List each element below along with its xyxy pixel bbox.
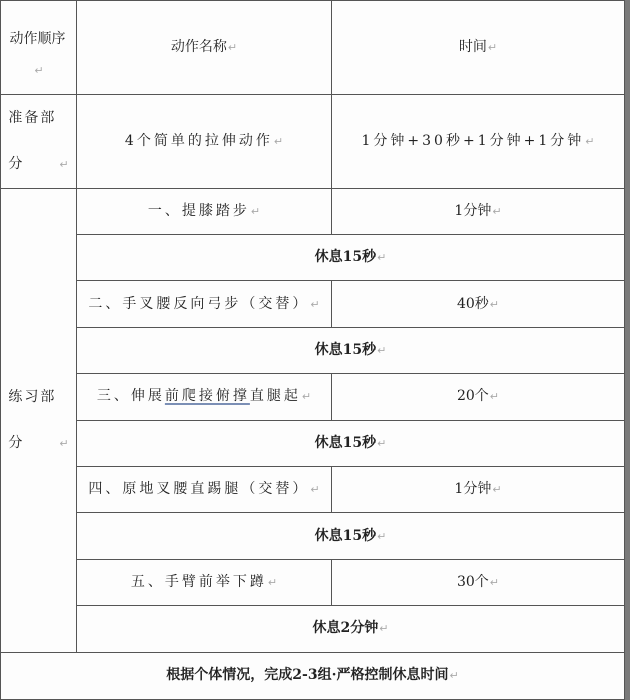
paragraph-mark-icon: ↵ (310, 298, 319, 311)
rest-label: 休息2分钟 (313, 620, 379, 636)
table-row: 四、原地叉腰直踢腿（交替）↵ 1分钟↵ (1, 466, 625, 512)
paragraph-mark-icon: ↵ (34, 64, 43, 77)
exercise-time: 20个 (457, 388, 489, 404)
rest-cell: 休息15秒↵ (77, 420, 625, 466)
exercise-time-cell: 1分钟↵ (332, 466, 625, 512)
section-label-practice: 练习部分 (8, 374, 58, 466)
rest-label: 休息15秒 (315, 435, 376, 451)
table-row: 五、手臂前举下蹲↵ 30个↵ (1, 559, 625, 605)
document-page: 动作顺序↵ 动作名称↵ 时间↵ 准备部分↵ 4个简单的拉伸动作↵ 1分钟+30秒… (0, 0, 630, 700)
paragraph-mark-icon: ↵ (377, 437, 386, 450)
window-edge (625, 0, 630, 700)
workout-plan-table: 动作顺序↵ 动作名称↵ 时间↵ 准备部分↵ 4个简单的拉伸动作↵ 1分钟+30秒… (0, 0, 625, 700)
rest-row: 休息15秒↵ (1, 513, 625, 559)
paragraph-mark-icon: ↵ (490, 576, 499, 589)
exercise-time-cell: 1分钟+30秒+1分钟+1分钟↵ (332, 94, 625, 188)
paragraph-mark-icon: ↵ (490, 298, 499, 311)
exercise-name-prefix: 三、伸展 (97, 388, 165, 404)
exercise-name-cell: 四、原地叉腰直踢腿（交替）↵ (77, 466, 332, 512)
exercise-name-cell: 五、手臂前举下蹲↵ (77, 559, 332, 605)
exercise-name-cell: 二、手叉腰反向弓步（交替）↵ (77, 281, 332, 327)
table-row: 三、伸展前爬接俯撑直腿起↵ 20个↵ (1, 374, 625, 420)
exercise-name-suffix: 直腿起 (250, 388, 301, 404)
table-row: 练习部分↵ 一、提膝踏步↵ 1分钟↵ (1, 188, 625, 234)
exercise-time-cell: 1分钟↵ (332, 188, 625, 234)
paragraph-mark-icon: ↵ (251, 205, 260, 218)
section-label-cell: 练习部分↵ (1, 188, 77, 652)
section-label-cell: 准备部分↵ (1, 94, 77, 188)
section-label-prep: 准备部分 (8, 95, 58, 187)
header-name-cell: 动作名称↵ (77, 1, 332, 95)
rest-row: 休息15秒↵ (1, 420, 625, 466)
paragraph-mark-icon: ↵ (492, 483, 501, 496)
paragraph-mark-icon: ↵ (488, 41, 497, 54)
exercise-name-cell: 三、伸展前爬接俯撑直腿起↵ (77, 374, 332, 420)
paragraph-mark-icon: ↵ (490, 390, 499, 403)
paragraph-mark-icon: ↵ (59, 158, 68, 171)
rest-cell: 休息15秒↵ (77, 513, 625, 559)
footer-note: 根据个体情况，完成2-3组·严格控制休息时间 (166, 667, 448, 683)
rest-label: 休息15秒 (315, 249, 376, 265)
footer-cell: 根据个体情况，完成2-3组·严格控制休息时间↵ (1, 652, 625, 700)
rest-row: 休息15秒↵ (1, 234, 625, 280)
rest-row: 休息15秒↵ (1, 327, 625, 373)
paragraph-mark-icon: ↵ (268, 576, 277, 589)
header-time-label: 时间 (459, 39, 487, 55)
paragraph-mark-icon: ↵ (59, 437, 68, 450)
paragraph-mark-icon: ↵ (379, 622, 388, 635)
paragraph-mark-icon: ↵ (274, 135, 283, 148)
paragraph-mark-icon: ↵ (377, 344, 386, 357)
exercise-name: 五、手臂前举下蹲 (131, 574, 267, 590)
spellcheck-underlined-text[interactable]: 前爬接俯撑 (165, 388, 250, 404)
exercise-time-cell: 30个↵ (332, 559, 625, 605)
paragraph-mark-icon: ↵ (302, 390, 311, 403)
paragraph-mark-icon: ↵ (228, 41, 237, 54)
exercise-time: 1分钟+30秒+1分钟+1分钟 (362, 133, 585, 149)
header-sequence-label: 动作顺序 (10, 16, 68, 62)
exercise-name: 一、提膝踏步 (148, 203, 250, 219)
exercise-time: 1分钟 (454, 203, 491, 219)
exercise-time-cell: 40秒↵ (332, 281, 625, 327)
exercise-name: 四、原地叉腰直踢腿（交替） (88, 481, 309, 497)
footer-row: 根据个体情况，完成2-3组·严格控制休息时间↵ (1, 652, 625, 700)
paragraph-mark-icon: ↵ (310, 483, 319, 496)
rest-cell: 休息15秒↵ (77, 327, 625, 373)
header-time-cell: 时间↵ (332, 1, 625, 95)
paragraph-mark-icon: ↵ (449, 669, 458, 682)
paragraph-mark-icon: ↵ (377, 251, 386, 264)
paragraph-mark-icon: ↵ (585, 135, 594, 148)
exercise-time-cell: 20个↵ (332, 374, 625, 420)
table-row: 二、手叉腰反向弓步（交替）↵ 40秒↵ (1, 281, 625, 327)
exercise-name: 二、手叉腰反向弓步（交替） (88, 296, 309, 312)
rest-row: 休息2分钟↵ (1, 606, 625, 652)
exercise-time: 30个 (457, 574, 489, 590)
rest-cell: 休息2分钟↵ (77, 606, 625, 652)
exercise-name-cell: 一、提膝踏步↵ (77, 188, 332, 234)
table-header-row: 动作顺序↵ 动作名称↵ 时间↵ (1, 1, 625, 95)
paragraph-mark-icon: ↵ (492, 205, 501, 218)
table-row: 准备部分↵ 4个简单的拉伸动作↵ 1分钟+30秒+1分钟+1分钟↵ (1, 94, 625, 188)
exercise-name-cell: 4个简单的拉伸动作↵ (77, 94, 332, 188)
exercise-time: 1分钟 (454, 481, 491, 497)
rest-cell: 休息15秒↵ (77, 234, 625, 280)
header-name-label: 动作名称 (171, 39, 227, 55)
header-sequence-cell: 动作顺序↵ (1, 1, 77, 95)
paragraph-mark-icon: ↵ (377, 530, 386, 543)
exercise-name: 4个简单的拉伸动作 (125, 133, 273, 149)
rest-label: 休息15秒 (315, 528, 376, 544)
rest-label: 休息15秒 (315, 342, 376, 358)
exercise-time: 40秒 (457, 296, 489, 312)
